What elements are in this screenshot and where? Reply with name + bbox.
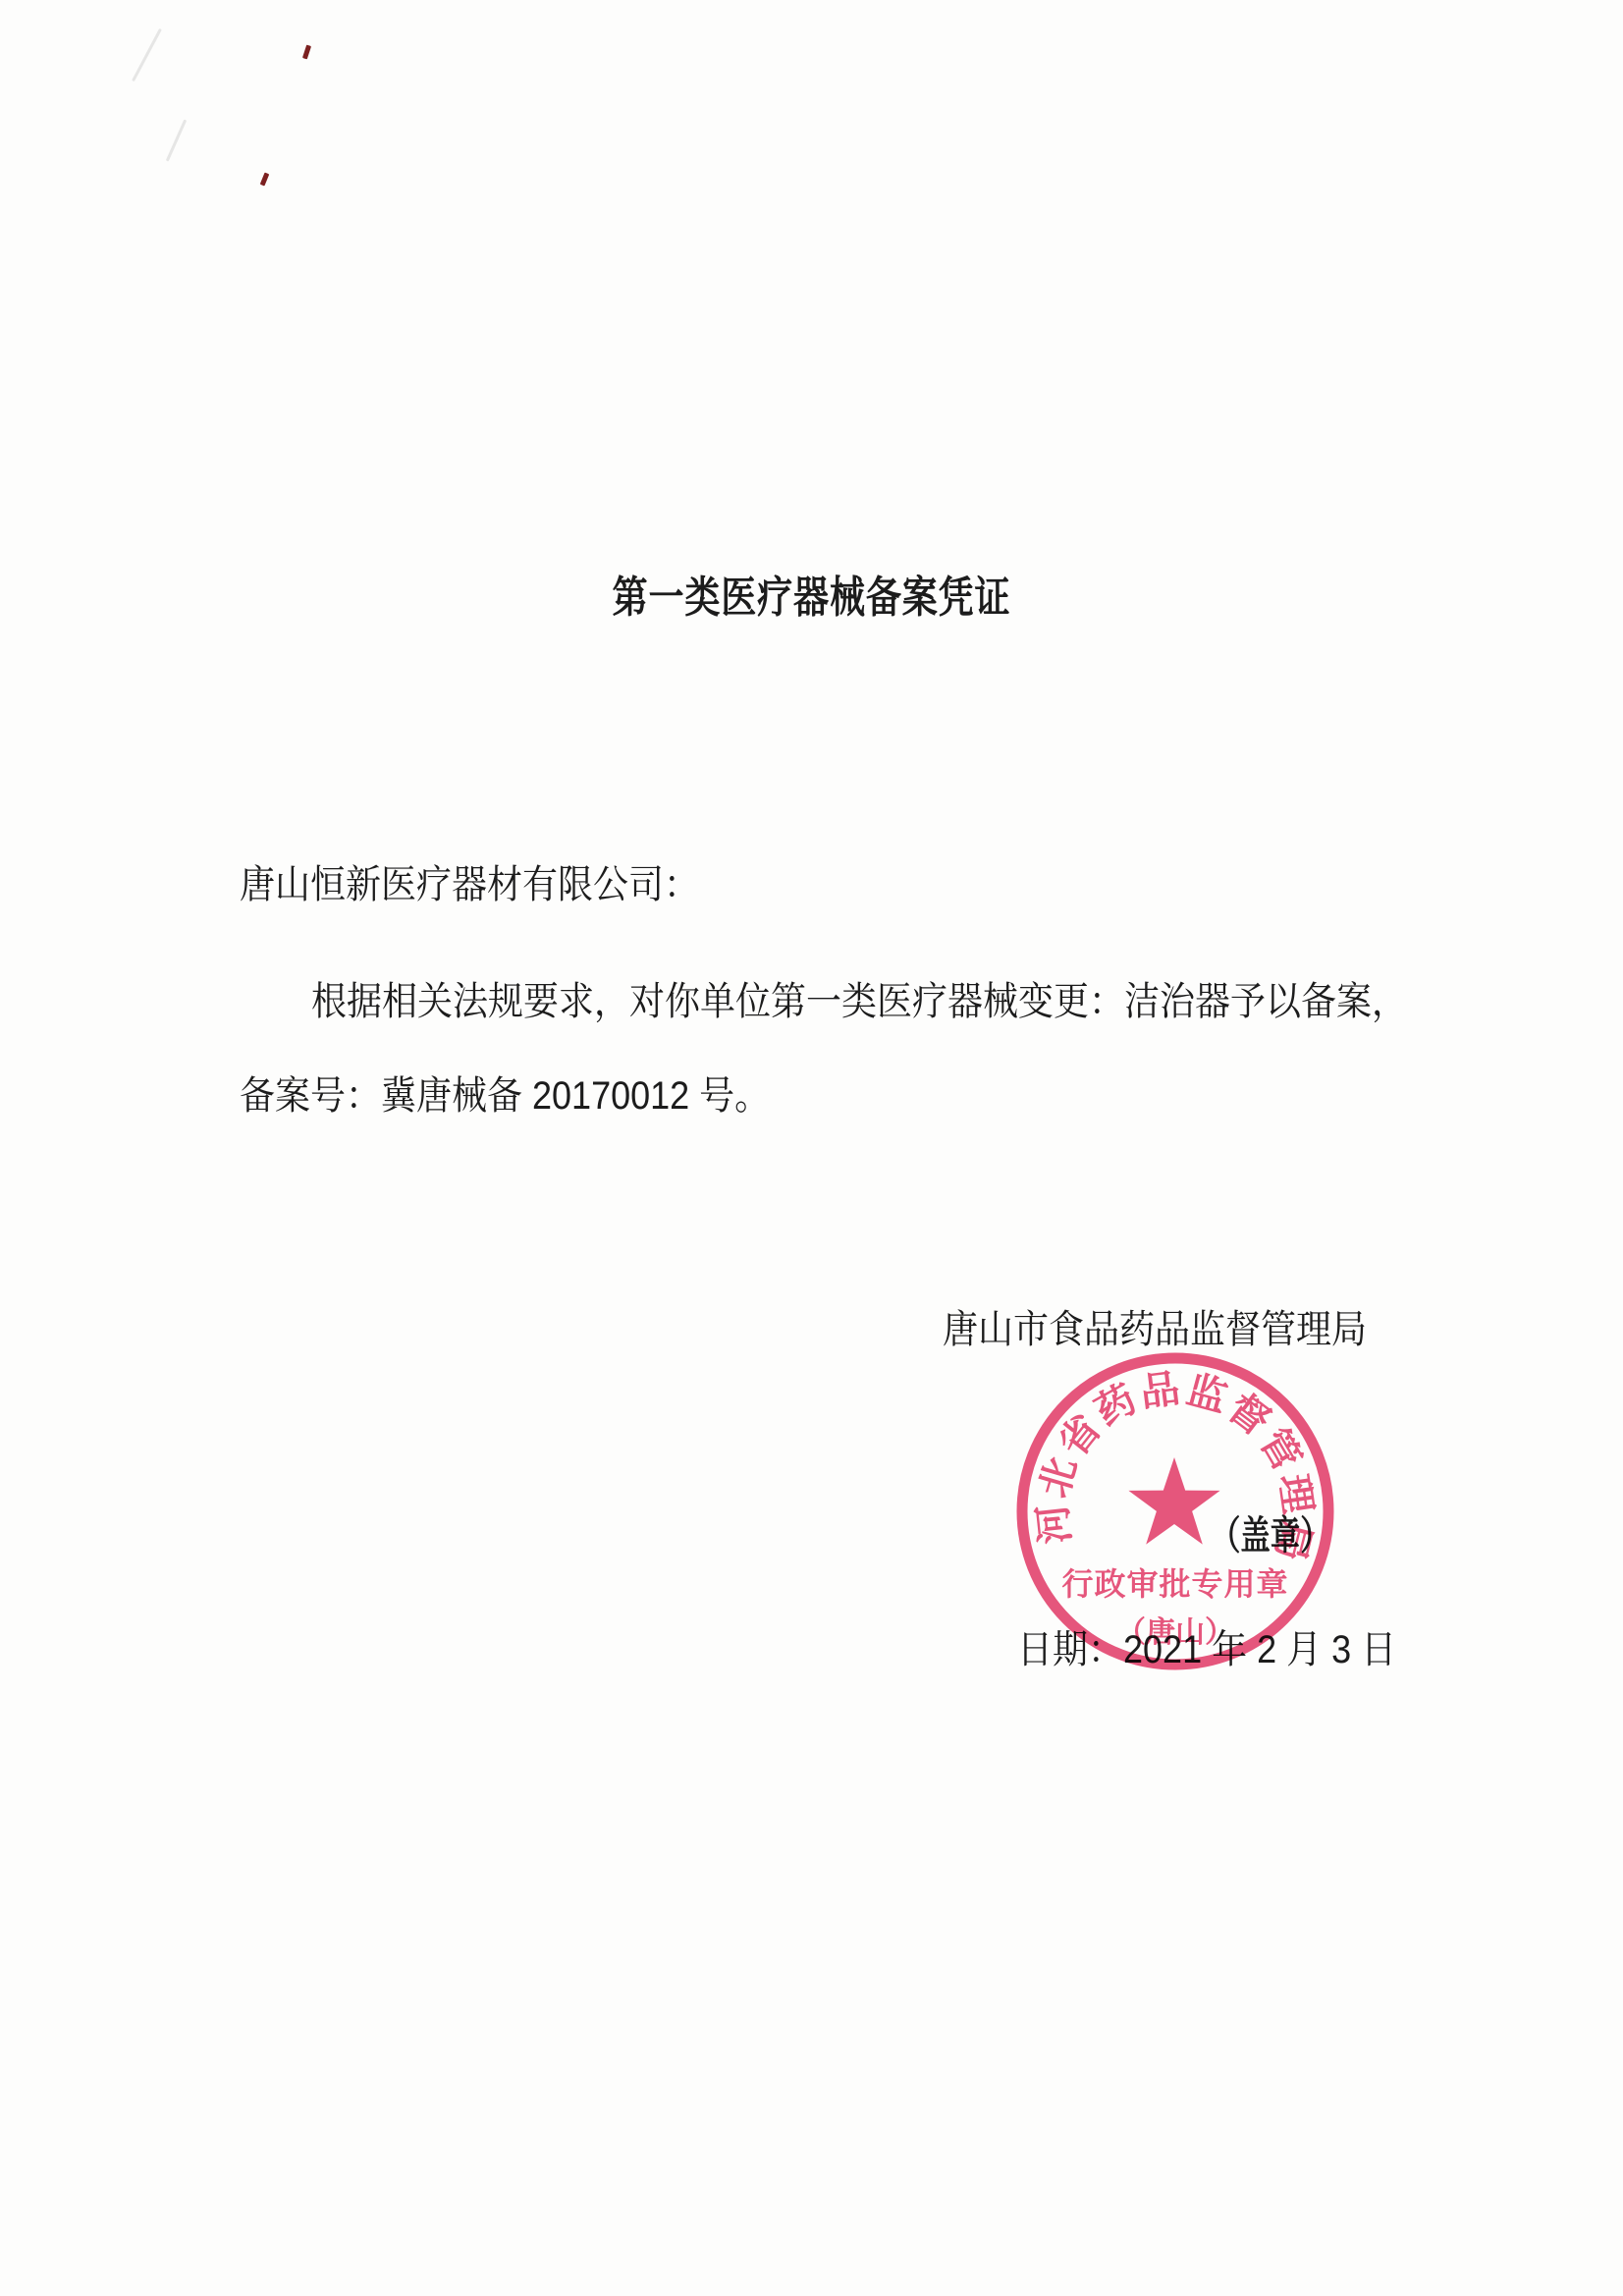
body-paragraph-line-1: 根据相关法规要求，对你单位第一类医疗器械变更：洁治器予以备案， (311, 979, 1529, 1024)
stamp-arc-char: 品 (1138, 1366, 1182, 1415)
official-stamp: 河北省药品监督管理局 行政审批专用章 （唐山） (1008, 1344, 1342, 1678)
scanned-certificate-page: 第一类医疗器械备案凭证 唐山恒新医疗器材有限公司： 根据相关法规要求，对你单位第… (0, 0, 1623, 2296)
scan-streak (166, 119, 187, 161)
stamp-arc-char: 局 (1268, 1516, 1320, 1565)
stamp-city: （唐山） (1116, 1616, 1234, 1649)
stamp-arc-char: 监 (1182, 1367, 1231, 1420)
stamp-subtitle: 行政审批专用章 (1061, 1566, 1288, 1602)
stamp-arc-char: 河 (1030, 1503, 1078, 1546)
stamp-arc-char: 理 (1271, 1471, 1321, 1516)
star-icon (1128, 1457, 1219, 1545)
scan-speck (302, 45, 311, 60)
stamp-arc-char: 北 (1032, 1452, 1085, 1503)
scan-streak (132, 28, 162, 82)
addressee: 唐山恒新医疗器材有限公司： (240, 862, 750, 907)
scan-speck (260, 173, 270, 187)
document-title: 第一类医疗器械备案凭证 (0, 574, 1623, 624)
body-paragraph-line-2: 备案号：冀唐械备 20170012 号。 (240, 1073, 829, 1119)
